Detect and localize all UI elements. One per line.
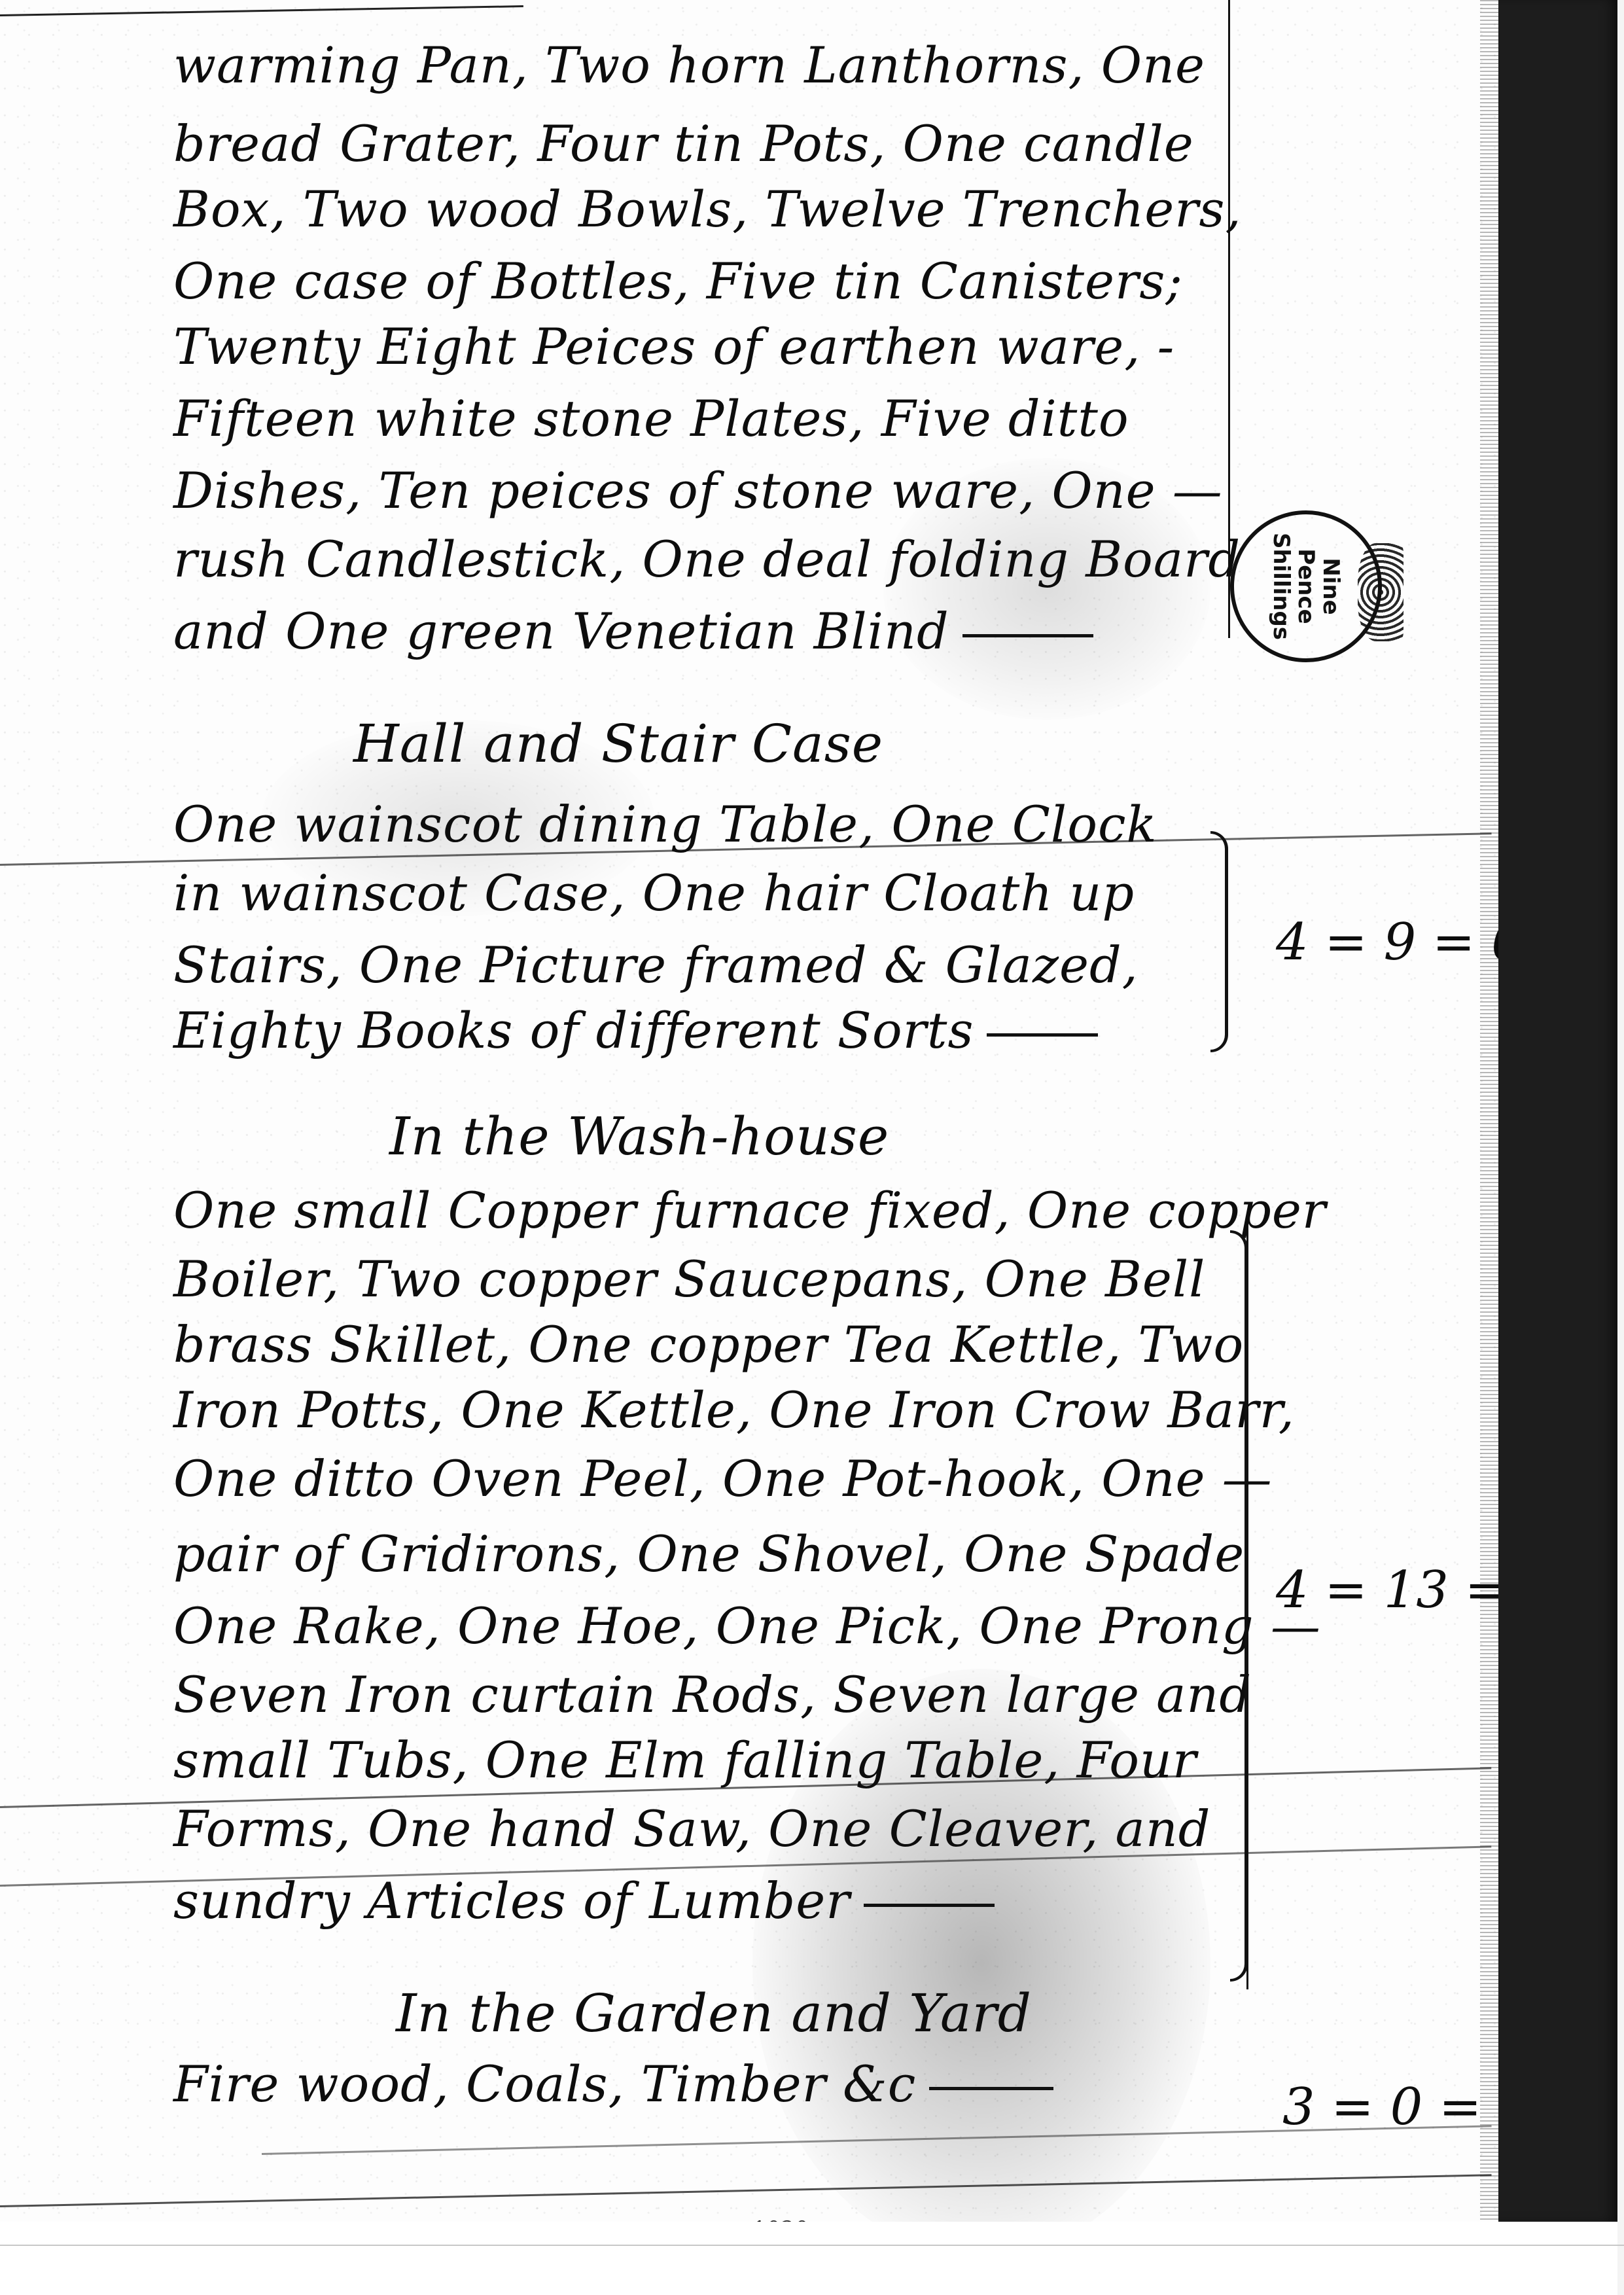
page-number: 1020: [752, 2216, 809, 2222]
text-line: Forms, One hand Saw, One Cleaver, and: [173, 1800, 1210, 1858]
binding-dark-band: [1498, 0, 1617, 2222]
text-line: pair of Gridirons, One Shovel, One Spade: [173, 1525, 1244, 1583]
text-line: One small Copper furnace fixed, One copp…: [173, 1181, 1326, 1239]
section-heading: In the Garden and Yard: [396, 1983, 1032, 2044]
text-line: Iron Potts, One Kettle, One Iron Crow Ba…: [173, 1381, 1295, 1439]
text-line: Boiler, Two copper Saucepans, One Bell: [173, 1250, 1205, 1308]
text-line-content: Fire wood, Coals, Timber &c: [173, 2055, 916, 2113]
text-line: Fire wood, Coals, Timber &c: [173, 2055, 1053, 2113]
text-line: One case of Bottles, Five tin Canisters;: [173, 252, 1183, 310]
bracket-brace: [1230, 1230, 1248, 1982]
scan-bottom-edge: [0, 2245, 1624, 2246]
crown-icon: [1358, 543, 1403, 641]
section-heading: Hall and Stair Case: [353, 713, 883, 774]
text-line: bread Grater, Four tin Pots, One candle: [173, 115, 1194, 173]
text-line: One Rake, One Hoe, One Pick, One Prong —: [173, 1597, 1321, 1655]
scanned-page: warming Pan, Two horn Lanthorns, One bre…: [0, 0, 1624, 2222]
text-line: brass Skillet, One copper Tea Kettle, Tw…: [173, 1315, 1244, 1374]
page-edge-strip: [1617, 0, 1624, 2295]
text-line: warming Pan, Two horn Lanthorns, One: [173, 36, 1205, 94]
section-heading: In the Wash-house: [389, 1106, 889, 1167]
text-line: Fifteen white stone Plates, Five ditto: [173, 389, 1129, 448]
stamp-text: Nine Pence Shillings: [1269, 533, 1343, 640]
text-line: and One green Venetian Blind: [173, 602, 1093, 660]
text-line: Dishes, Ten peices of stone ware, One —: [173, 461, 1223, 520]
line-filler-dash: [987, 1033, 1098, 1037]
text-line: in wainscot Case, One hair Cloath up: [173, 864, 1135, 922]
line-filler-dash: [864, 1904, 995, 1907]
text-line: Twenty Eight Peices of earthen ware, -: [173, 317, 1174, 376]
text-line-content: sundry Articles of Lumber: [173, 1872, 851, 1930]
line-filler-dash: [962, 634, 1093, 637]
text-line: One ditto Oven Peel, One Pot-hook, One —: [173, 1450, 1273, 1508]
text-line-content: and One green Venetian Blind: [173, 602, 949, 660]
text-line: small Tubs, One Elm falling Table, Four: [173, 1731, 1197, 1789]
text-line: Seven Iron curtain Rods, Seven large and: [173, 1665, 1252, 1724]
line-filler-dash: [929, 2087, 1053, 2090]
text-line: One wainscot dining Table, One Clock: [173, 795, 1157, 853]
duty-stamp: Nine Pence Shillings: [1230, 497, 1381, 667]
text-line-content: Eighty Books of different Sorts: [173, 1001, 974, 1059]
text-line: rush Candlestick, One deal folding Board: [173, 530, 1241, 588]
text-line: Eighty Books of different Sorts: [173, 1001, 1098, 1059]
text-line: sundry Articles of Lumber: [173, 1872, 995, 1930]
text-line: Stairs, One Picture framed & Glazed,: [173, 936, 1139, 994]
bracket-brace: [1210, 831, 1228, 1052]
text-line: Box, Two wood Bowls, Twelve Trenchers,: [173, 180, 1242, 238]
